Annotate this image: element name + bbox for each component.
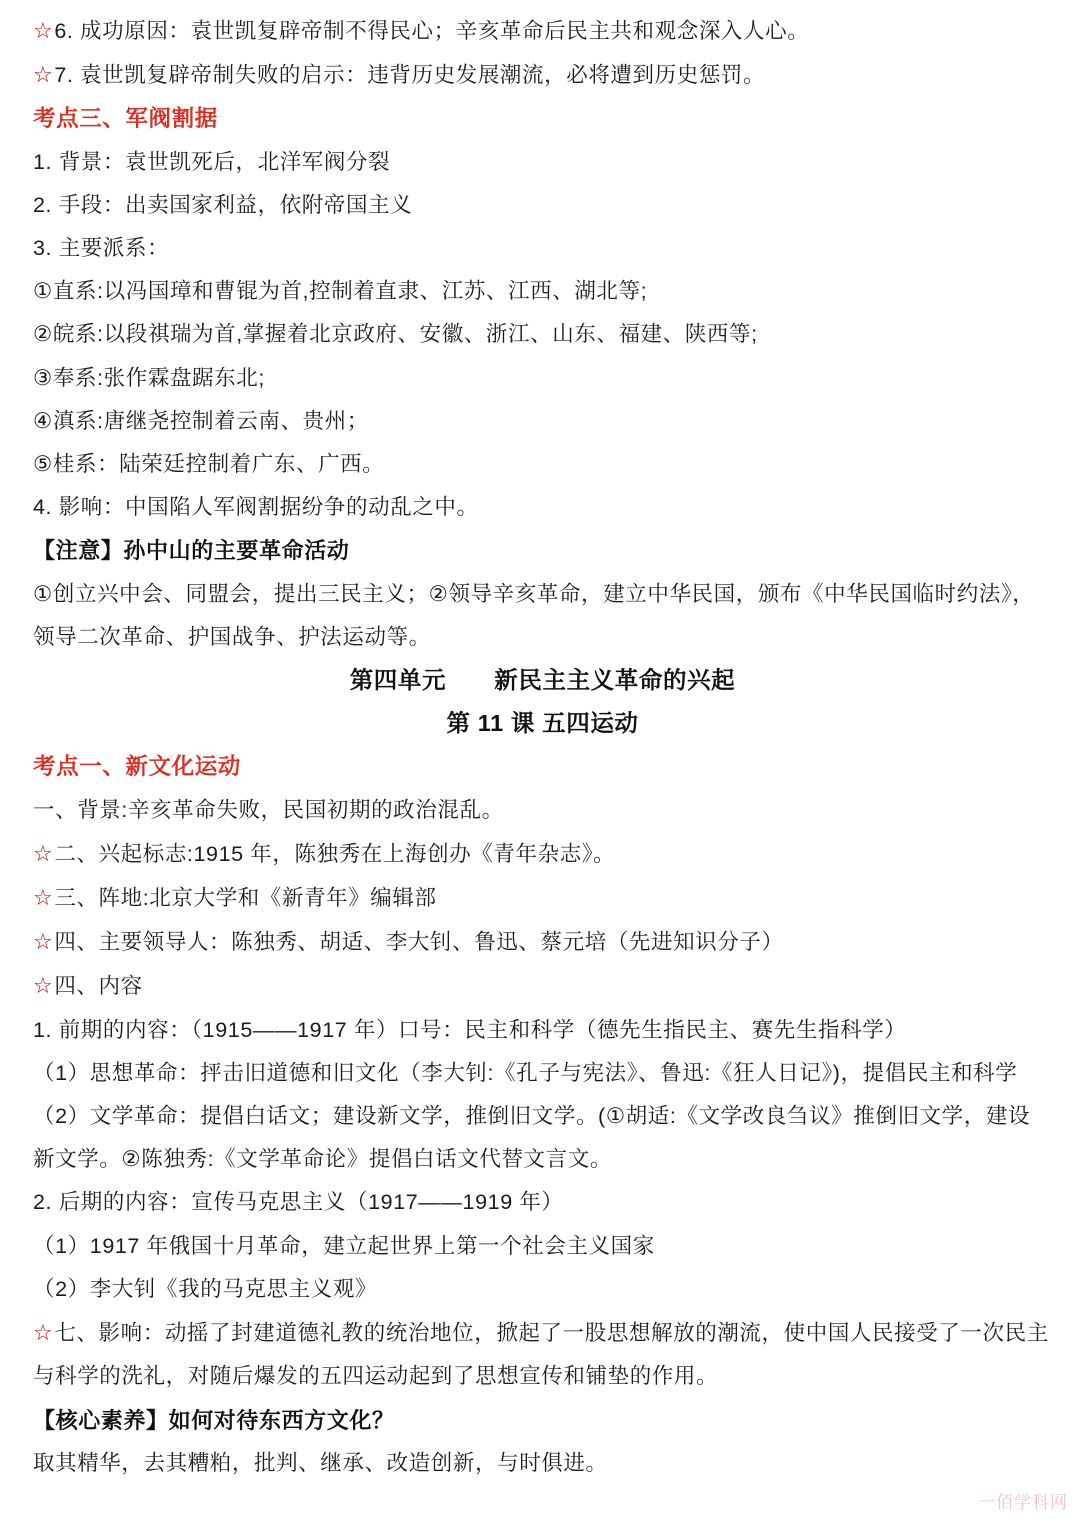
star-icon: ☆ (33, 841, 53, 866)
text-line: ③奉系:张作霖盘踞东北; (33, 357, 1052, 400)
text-line: 一、背景:辛亥革命失败，民国初期的政治混乱。 (33, 789, 1052, 832)
text-line: 1. 前期的内容：（1915——1917 年）口号：民主和科学（德先生指民主、赛… (33, 1009, 1052, 1052)
text-line: （1）思想革命：抨击旧道德和旧文化（李大钊:《孔子与宪法》、鲁迅:《狂人日记》)… (33, 1052, 1052, 1095)
starred-line: ☆三、阵地:北京大学和《新青年》编辑部 (33, 876, 1052, 920)
star-icon: ☆ (33, 62, 53, 87)
text-line: （1）1917 年俄国十月革命，建立起世界上第一个社会主义国家 (33, 1225, 1052, 1268)
text-line: 2. 后期的内容：宣传马克思主义（1917——1919 年） (33, 1181, 1052, 1224)
star-icon: ☆ (33, 18, 53, 43)
star-icon: ☆ (33, 973, 53, 998)
note-heading: 【注意】孙中山的主要革命活动 (33, 529, 1052, 572)
text-line: 3. 主要派系： (33, 227, 1052, 270)
text-line: 4. 影响：中国陷人军阀割据纷争的动乱之中。 (33, 486, 1052, 529)
star-icon: ☆ (33, 1320, 53, 1345)
starred-line: ☆7. 袁世凯复辟帝制失败的启示：违背历史发展潮流，必将遭到历史惩罚。 (33, 53, 1052, 97)
topic-heading: 考点一、新文化运动 (33, 745, 1052, 788)
starred-line: ☆二、兴起标志:1915 年，陈独秀在上海创办《青年杂志》。 (33, 832, 1052, 876)
starred-line: ☆四、主要领导人：陈独秀、胡适、李大钊、鲁迅、蔡元培（先进知识分子） (33, 920, 1052, 964)
text-line: ①直系:以冯国璋和曹锟为首,控制着直隶、江苏、江西、湖北等; (33, 270, 1052, 313)
text-line: （2）李大钊《我的马克思主义观》 (33, 1268, 1052, 1311)
starred-line: ☆四、内容 (33, 964, 1052, 1008)
text-line: ⑤桂系：陆荣廷控制着广东、广西。 (33, 443, 1052, 486)
topic-heading: 考点三、军阀割据 (33, 97, 1052, 140)
document-body: ☆6. 成功原因：袁世凯复辟帝制不得民心；辛亥革命后民主共和观念深入人心。☆7.… (0, 0, 1080, 1485)
lesson-title: 第 11 课 五四运动 (33, 702, 1052, 745)
text-line: 1. 背景：袁世凯死后，北洋军阀分裂 (33, 141, 1052, 184)
text-line: 取其精华，去其糟粕，批判、继承、改造创新，与时俱进。 (33, 1442, 1052, 1485)
document-page: ☆6. 成功原因：袁世凯复辟帝制不得民心；辛亥革命后民主共和观念深入人心。☆7.… (0, 0, 1080, 1485)
starred-line: ☆6. 成功原因：袁世凯复辟帝制不得民心；辛亥革命后民主共和观念深入人心。 (33, 9, 1052, 53)
text-line: （2）文学革命：提倡白话文；建设新文学，推倒旧文学。(①胡适:《文学改良刍议》推… (33, 1095, 1052, 1181)
text-line: ②皖系:以段祺瑞为首,掌握着北京政府、安徽、浙江、山东、福建、陕西等; (33, 313, 1052, 356)
text-line: ①创立兴中会、同盟会，提出三民主义；②领导辛亥革命，建立中华民国，颁布《中华民国… (33, 573, 1052, 659)
star-icon: ☆ (33, 885, 53, 910)
text-line: 2. 手段：出卖国家利益，依附帝国主义 (33, 184, 1052, 227)
starred-line: ☆七、影响：动摇了封建道德礼教的统治地位，掀起了一股思想解放的潮流，使中国人民接… (33, 1311, 1052, 1398)
text-line: ④滇系:唐继尧控制着云南、贵州； (33, 400, 1052, 443)
unit-title: 第四单元 新民主主义革命的兴起 (33, 659, 1052, 702)
star-icon: ☆ (33, 929, 53, 954)
watermark: 一佰学科网 (978, 1488, 1068, 1513)
note-heading: 【核心素养】如何对待东西方文化？ (33, 1399, 1052, 1442)
